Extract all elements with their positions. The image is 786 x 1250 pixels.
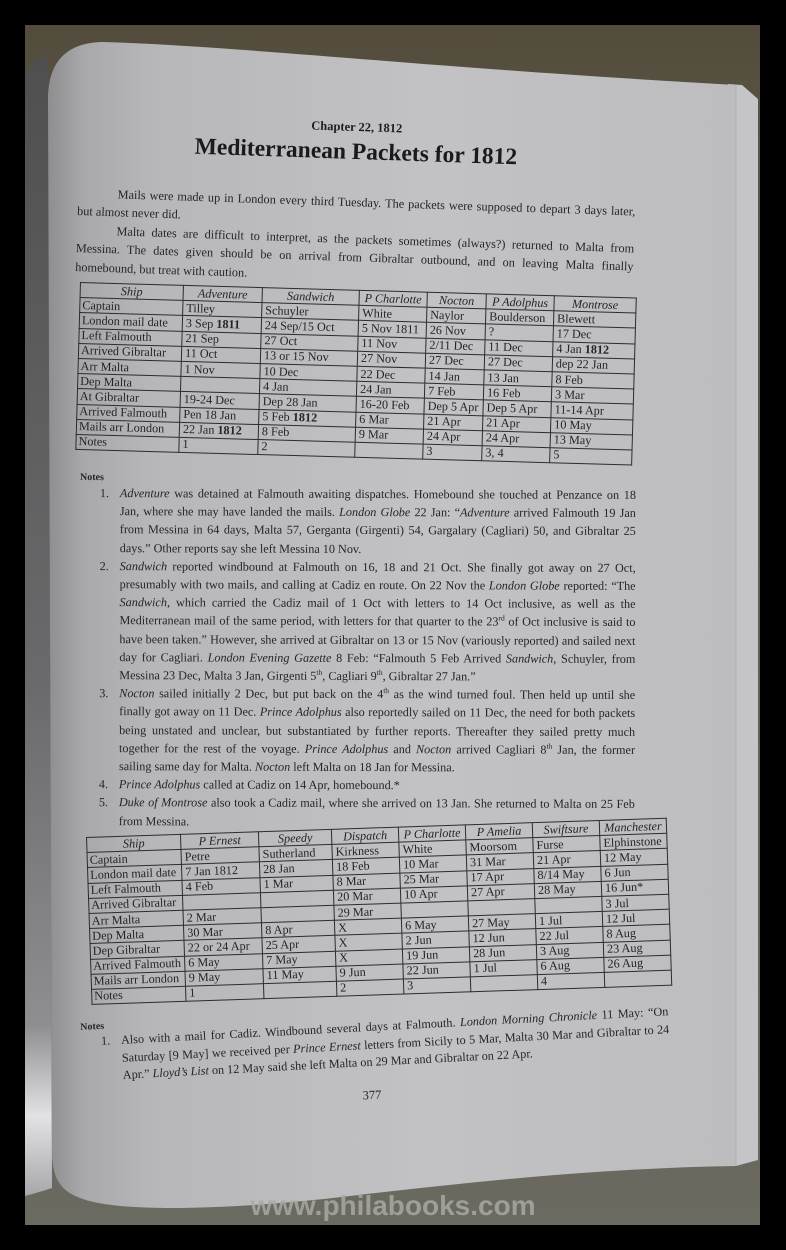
italic-text: Prince Adolphus	[260, 705, 342, 719]
row-label: Notes	[92, 986, 186, 1004]
table-cell: 27 Dec	[425, 353, 484, 370]
superscript: th	[377, 668, 383, 677]
table-cell: Dep 5 Apr	[424, 398, 483, 415]
superscript: th	[383, 686, 389, 695]
bold-text: 1811	[216, 317, 240, 332]
italic-text: Sandwich	[120, 595, 167, 609]
superscript: th	[546, 741, 552, 750]
italic-text: Nocton	[119, 686, 154, 700]
italic-text: London Globe	[489, 578, 560, 592]
table-cell: 2	[258, 439, 355, 457]
italic-text: Prince Adolphus	[119, 777, 200, 791]
italic-text: Duke of Montrose	[119, 796, 208, 810]
table-cell: 4	[537, 972, 604, 989]
italic-text: Prince Adolphus	[305, 742, 388, 756]
table-cell: 14 Jan	[425, 368, 484, 385]
note-item: 4.Prince Adolphus called at Cadiz on 14 …	[79, 775, 635, 795]
intro-text: Mails were made up in London every third…	[75, 184, 636, 294]
italic-text: Lloyd’s List	[152, 1063, 209, 1080]
superscript: rd	[499, 614, 505, 623]
note-item: 2.Sandwich reported windbound at Falmout…	[79, 557, 635, 686]
note-text: Sandwich reported windbound at Falmouth …	[119, 559, 635, 683]
italic-text: London Evening Gazette	[208, 650, 332, 664]
italic-text: Prince Ernest	[293, 1038, 361, 1056]
table-cell: 5	[550, 448, 632, 465]
italic-text: Nocton	[416, 742, 451, 756]
watermark: www.philabooks.com	[0, 1190, 786, 1222]
column-header: Nocton	[427, 292, 486, 309]
table-cell	[355, 442, 423, 459]
notes-list: 1.Adventure was detained at Falmouth awa…	[79, 484, 636, 832]
bold-text: 1812	[293, 410, 318, 425]
note-text: Prince Adolphus called at Cadiz on 14 Ap…	[119, 777, 400, 792]
table-cell: 2/11 Dec	[426, 338, 485, 355]
packet-table-1811-1812: ShipAdventureSandwichP CharlotteNoctonP …	[75, 282, 636, 466]
note-number: 1.	[101, 1032, 111, 1050]
packet-table-1812: ShipP ErnestSpeedyDispatchP CharlotteP A…	[86, 818, 672, 1005]
note-number: 1.	[100, 484, 109, 502]
italic-text: Sandwich	[120, 559, 167, 573]
note-text: Nocton sailed initially 2 Dec, but put b…	[119, 686, 635, 774]
facing-page	[25, 56, 52, 1196]
note-number: 4.	[99, 775, 108, 793]
note-number: 3.	[99, 684, 108, 702]
italic-text: Adventure	[460, 506, 510, 520]
note-item: 1.Adventure was detained at Falmouth awa…	[80, 484, 636, 559]
table-cell: 24 Apr	[423, 429, 482, 446]
superscript: th	[316, 668, 322, 677]
table-cell	[604, 970, 671, 987]
schedule-table: ShipP ErnestSpeedyDispatchP CharlotteP A…	[86, 818, 672, 1005]
italic-text: Sandwich	[506, 651, 553, 665]
table-cell: 26 Nov	[426, 323, 485, 340]
bold-text: 1812	[585, 342, 610, 357]
notes-section-1: Notes 1.Adventure was detained at Falmou…	[79, 472, 636, 832]
table-cell: 7 Feb	[424, 383, 483, 400]
book-photo: Chapter 22, 1812 Mediterranean Packets f…	[0, 0, 786, 1250]
note-text: Adventure was detained at Falmouth await…	[120, 486, 636, 555]
schedule-table: ShipAdventureSandwichP CharlotteNoctonP …	[75, 282, 636, 466]
table-cell	[263, 981, 336, 999]
table-cell: 3	[403, 977, 470, 994]
table-cell: 3	[423, 444, 482, 461]
table-cell	[470, 974, 537, 991]
italic-text: Adventure	[120, 486, 170, 500]
note-number: 2.	[100, 557, 109, 575]
row-label: Notes	[76, 434, 179, 452]
note-number: 5.	[99, 794, 108, 812]
table-cell: Naylor	[427, 307, 486, 324]
italic-text: Nocton	[255, 760, 290, 774]
table-cell: 3, 4	[482, 446, 550, 463]
italic-text: London Globe	[339, 505, 410, 519]
table-cell: 1	[186, 984, 264, 1002]
table-cell: 21 Apr	[424, 414, 483, 431]
page-number: 377	[342, 1087, 402, 1104]
note-item: 3.Nocton sailed initially 2 Dec, but put…	[79, 684, 635, 777]
table-cell: 2	[336, 979, 403, 996]
bold-text: 1812	[217, 423, 242, 438]
table-cell: 1	[179, 437, 258, 454]
